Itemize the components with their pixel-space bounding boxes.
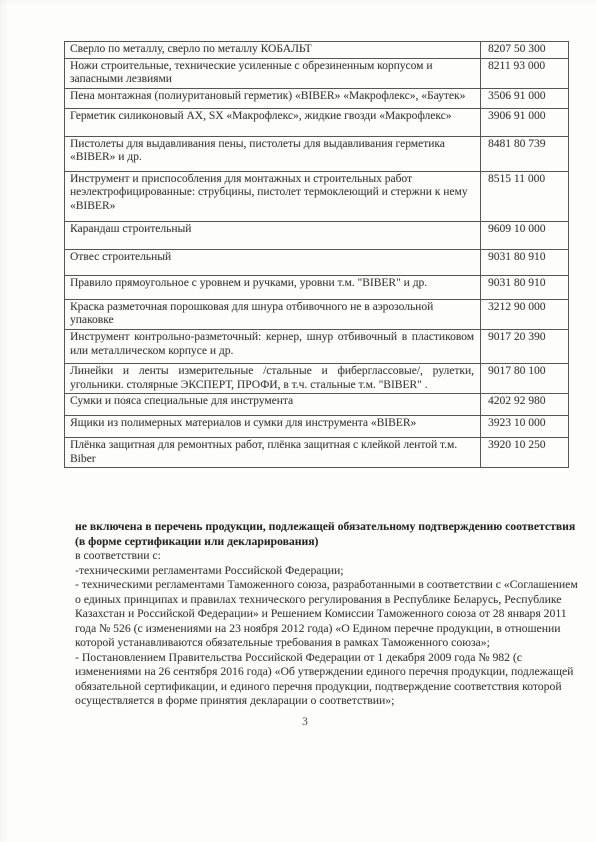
- product-code-value: 3212 90 000: [481, 299, 569, 329]
- product-code-value: 8207 50 300: [481, 42, 569, 59]
- product-description: Пистолеты для выдавливания пены, пистоле…: [65, 136, 481, 171]
- table-row: Ножи строительные, технические усиленные…: [65, 58, 569, 88]
- list-item-customs-union: - техническими регламентами Таможенного …: [75, 578, 580, 651]
- product-code-value: 9017 80 100: [481, 363, 569, 393]
- product-code-value: 8515 11 000: [481, 171, 569, 221]
- table-row: Ящики из полимерных материалов и сумки д…: [65, 416, 569, 438]
- product-code-value: 3920 10 250: [481, 438, 569, 468]
- list-item-government-decree: - Постановлением Правительства Российско…: [75, 651, 580, 709]
- intro-line: в соответствии с:: [75, 549, 580, 564]
- table-row: Плёнка защитная для ремонтных работ, плё…: [65, 438, 569, 468]
- product-description: Отвес строительный: [65, 249, 481, 275]
- page-number: 3: [0, 716, 596, 728]
- scanned-document-page: Сверло по металлу, сверло по металлу КОБ…: [0, 0, 596, 842]
- table-row: Краска разметочная порошковая для шнура …: [65, 299, 569, 329]
- product-description: Сверло по металлу, сверло по металлу КОБ…: [65, 42, 481, 59]
- table-row: Правило прямоугольное с уровнем и ручкам…: [65, 275, 569, 299]
- table-row: Сверло по металлу, сверло по металлу КОБ…: [65, 42, 569, 59]
- table-row: Отвес строительный 9031 80 910: [65, 249, 569, 275]
- product-description: Правило прямоугольное с уровнем и ручкам…: [65, 275, 481, 299]
- table-row: Пистолеты для выдавливания пены, пистоле…: [65, 136, 569, 171]
- body-text-block: не включена в перечень продукции, подлеж…: [75, 520, 580, 709]
- product-description: Карандаш строительный: [65, 221, 481, 249]
- product-description: Ящики из полимерных материалов и сумки д…: [65, 416, 481, 438]
- table-row: Сумки и пояса специальные для инструмент…: [65, 394, 569, 416]
- product-description: Инструмент контрольно-разметочный: керне…: [65, 329, 481, 363]
- product-description: Линейки и ленты измерительные /стальные …: [65, 363, 481, 393]
- table-row: Пена монтажная (полиуритановый герметик)…: [65, 88, 569, 108]
- product-code-value: 3906 91 000: [481, 108, 569, 136]
- product-code-value: 8481 80 739: [481, 136, 569, 171]
- table-row: Герметик силиконовый АХ, SX «Макрофлекс»…: [65, 108, 569, 136]
- product-description: Герметик силиконовый АХ, SX «Макрофлекс»…: [65, 108, 481, 136]
- product-code-value: 3923 10 000: [481, 416, 569, 438]
- table-row: Линейки и ленты измерительные /стальные …: [65, 363, 569, 393]
- product-description: Плёнка защитная для ремонтных работ, плё…: [65, 438, 481, 468]
- product-description: Сумки и пояса специальные для инструмент…: [65, 394, 481, 416]
- lead-paragraph: не включена в перечень продукции, подлеж…: [75, 520, 580, 549]
- product-description: Ножи строительные, технические усиленные…: [65, 58, 481, 88]
- product-code-table: Сверло по металлу, сверло по металлу КОБ…: [64, 41, 569, 468]
- product-description: Инструмент и приспособления для монтажны…: [65, 171, 481, 221]
- product-description: Пена монтажная (полиуритановый герметик)…: [65, 88, 481, 108]
- product-code-value: 3506 91 000: [481, 88, 569, 108]
- product-description: Краска разметочная порошковая для шнура …: [65, 299, 481, 329]
- product-code-value: 8211 93 000: [481, 58, 569, 88]
- table-row: Инструмент контрольно-разметочный: керне…: [65, 329, 569, 363]
- product-code-value: 9031 80 910: [481, 275, 569, 299]
- table-row: Карандаш строительный 9609 10 000: [65, 221, 569, 249]
- product-code-value: 9031 80 910: [481, 249, 569, 275]
- product-code-value: 9609 10 000: [481, 221, 569, 249]
- table-row: Инструмент и приспособления для монтажны…: [65, 171, 569, 221]
- product-code-value: 4202 92 980: [481, 394, 569, 416]
- list-item-regulations-rf: -техническими регламентами Российской Фе…: [75, 564, 580, 579]
- product-code-value: 9017 20 390: [481, 329, 569, 363]
